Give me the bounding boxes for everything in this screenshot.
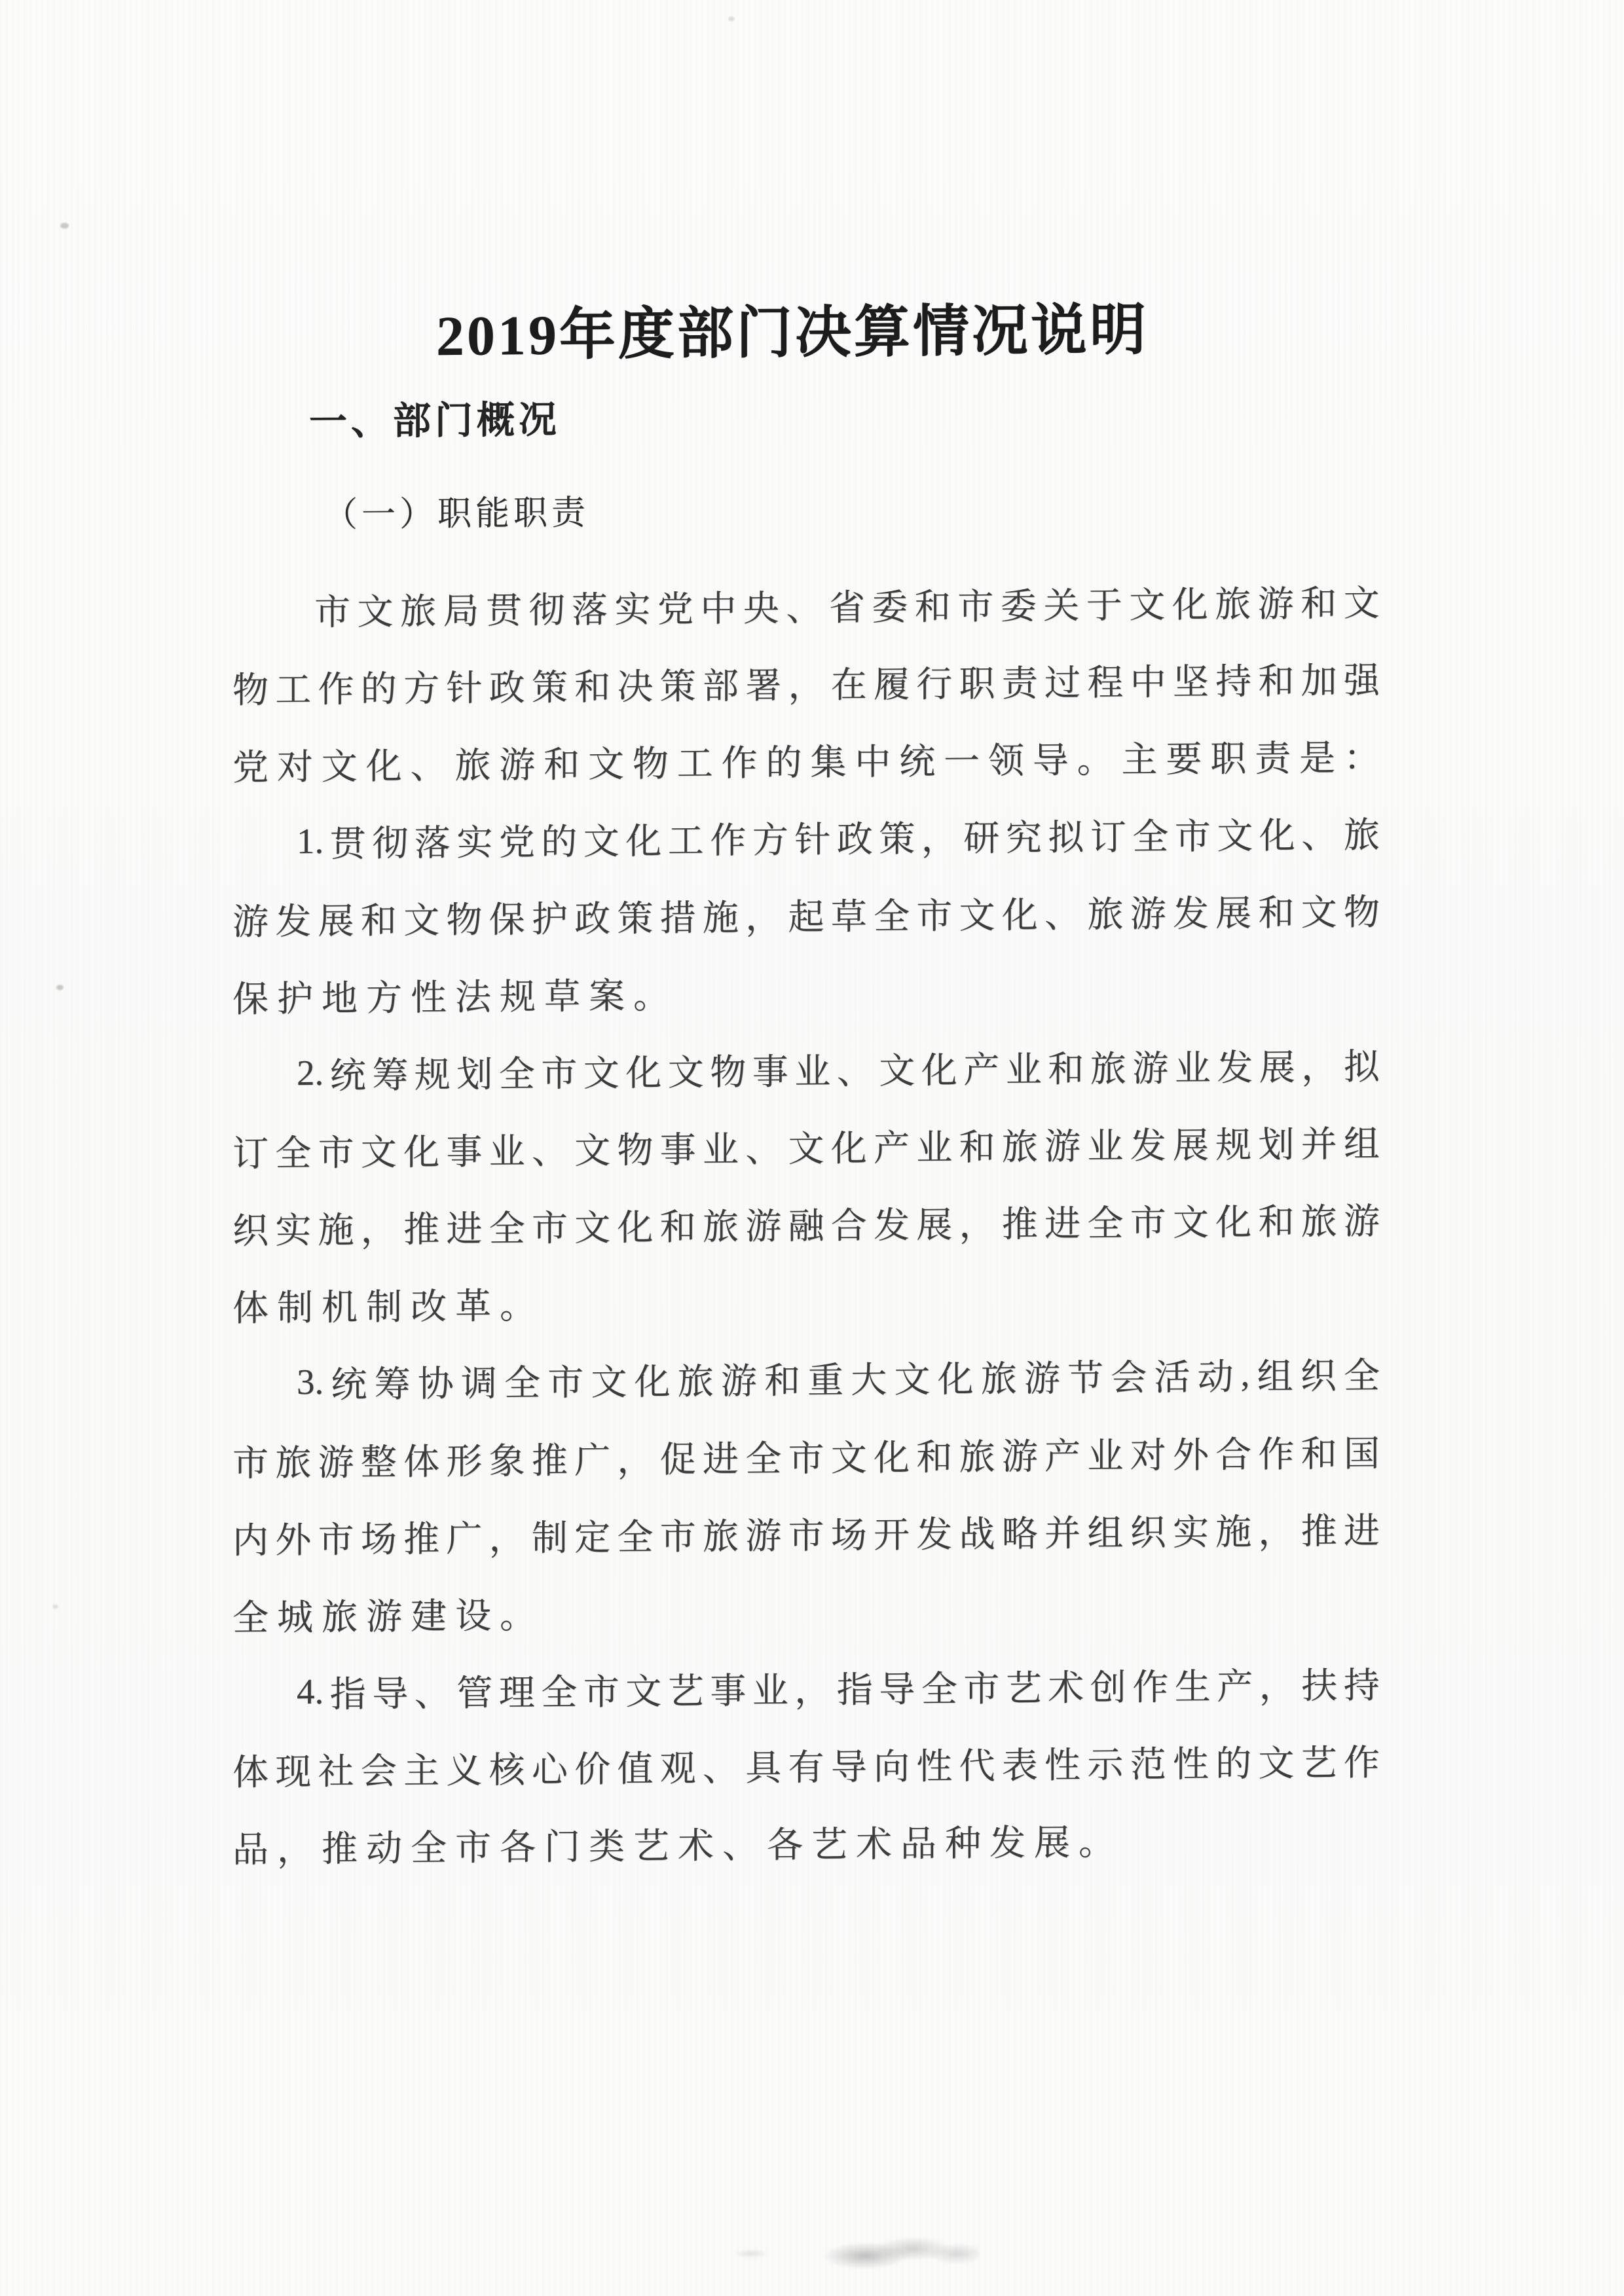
section-heading: 一、部门概况	[309, 389, 561, 446]
text-line: 党对文化、旅游和文物工作的集中统一领导。主要职责是：	[232, 716, 1380, 803]
text-line: 织实施，推进全市文化和旅游融合发展，推进全市文化和旅游	[232, 1179, 1380, 1266]
subsection-heading: （一）职能职责	[323, 484, 589, 536]
text-line: 市文旅局贯彻落实党中央、省委和市委关于文化旅游和文	[232, 561, 1380, 648]
scan-speck-artifact	[728, 16, 735, 21]
text-line: 内外市场推广，制定全市旅游市场开发战略并组织实施，推进	[232, 1489, 1380, 1576]
text-line: 2.统筹规划全市文化文物事业、文化产业和旅游业发展，拟	[232, 1025, 1380, 1112]
text-line: 体现社会主义核心价值观、具有导向性代表性示范性的文艺作	[232, 1721, 1380, 1808]
body-text: 市文旅局贯彻落实党中央、省委和市委关于文化旅游和文 物工作的方针政策和决策部署，…	[232, 561, 1380, 1886]
scan-speck-artifact	[56, 985, 64, 990]
document-title: 2019年度部门决算情况说明	[232, 282, 1352, 373]
text-line: 4.指导、管理全市文艺事业，指导全市艺术创作生产，扶持	[232, 1643, 1380, 1730]
text-line: 体制机制改革。	[232, 1257, 1380, 1344]
scan-content: 2019年度部门决算情况说明 一、部门概况 （一）职能职责 市文旅局贯彻落实党中…	[0, 0, 1624, 2296]
text-line: 3.统筹协调全市文化旅游和重大文化旅游节会活动,组织全	[232, 1334, 1380, 1421]
scanned-document-page: 2019年度部门决算情况说明 一、部门概况 （一）职能职责 市文旅局贯彻落实党中…	[0, 0, 1624, 2296]
scan-smudge-artifact	[728, 2248, 774, 2260]
text-line: 市旅游整体形象推广，促进全市文化和旅游产业对外合作和国	[232, 1412, 1380, 1499]
scan-speck-artifact	[52, 1604, 58, 1609]
scan-smudge-artifact	[822, 2231, 979, 2273]
text-line: 品，推动全市各门类艺术、各艺术品种发展。	[232, 1798, 1380, 1885]
text-line: 1.贯彻落实党的文化工作方针政策，研究拟订全市文化、旅	[232, 793, 1380, 880]
text-line: 订全市文化事业、文物事业、文化产业和旅游业发展规划并组	[232, 1102, 1380, 1189]
text-line: 游发展和文物保护政策措施，起草全市文化、旅游发展和文物	[232, 870, 1380, 957]
text-line: 物工作的方针政策和决策部署，在履行职责过程中坚持和加强	[232, 638, 1380, 725]
text-line: 全城旅游建设。	[232, 1566, 1380, 1653]
text-line: 保护地方性法规草案。	[232, 947, 1380, 1034]
paper-sheet: 2019年度部门决算情况说明 一、部门概况 （一）职能职责 市文旅局贯彻落实党中…	[0, 0, 1624, 2296]
scan-speck-artifact	[60, 223, 69, 228]
